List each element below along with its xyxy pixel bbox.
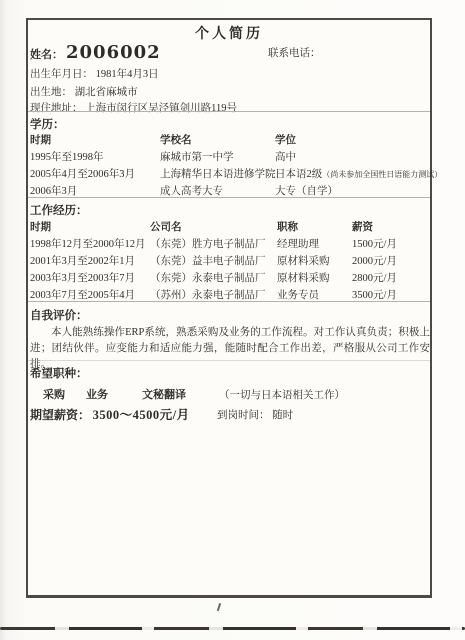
- scan-page-edge-line: [0, 627, 465, 630]
- work-salary: 3500元/月: [352, 287, 428, 302]
- work-title: 原材料采购: [277, 270, 352, 285]
- work-heading: 工作经历：: [30, 202, 88, 218]
- work-company: （苏州）永泰电子制品厂: [150, 287, 277, 302]
- education-row: 1995年至1998年 麻城市第一中学 高中: [30, 149, 428, 164]
- work-salary: 2000元/月: [352, 253, 428, 268]
- work-col-salary: 薪资: [352, 219, 428, 234]
- scan-artifact-mark: [217, 603, 221, 611]
- education-school: 上海精华日本语进修学院: [160, 166, 275, 181]
- degree-note: （尚未参加全国性日语能力测试）: [322, 170, 442, 179]
- work-period: 2001年3月至2002年1月: [30, 253, 150, 268]
- education-school: 麻城市第一中学: [160, 149, 275, 164]
- work-salary: 1500元/月: [352, 236, 428, 251]
- work-period: 1998年12月至2000年12月: [30, 236, 150, 251]
- work-title: 原材料采购: [277, 253, 352, 268]
- start-time-label: 到岗时间：: [217, 410, 270, 421]
- birthdate-label: 出生年月日：: [30, 69, 93, 80]
- education-degree: 高中: [275, 149, 428, 164]
- education-period: 2006年3月: [30, 183, 160, 198]
- work-col-company: 公司名: [150, 219, 277, 234]
- phone-label: 联系电话：: [268, 45, 321, 60]
- expected-salary-value: 3500～4500元/月: [93, 408, 190, 422]
- page-title: 个人简历: [28, 23, 430, 43]
- start-time-value: 随时: [272, 410, 293, 421]
- work-title: 经理助理: [277, 236, 352, 251]
- birthplace-value: 湖北省麻城市: [75, 87, 138, 98]
- work-row: 1998年12月至2000年12月 （东莞）胜方电子制品厂 经理助理 1500元…: [30, 236, 428, 251]
- self-evaluation-text: 本人能熟练操作ERP系统，熟悉采购及业务的工作流程。对工作认真负责；积极上进；团…: [30, 325, 430, 373]
- section-divider: [28, 197, 430, 198]
- work-row: 2003年3月至2003年7月 （东莞）永泰电子制品厂 原材料采购 2800元/…: [30, 270, 428, 285]
- desired-job-options-row: 采购 业务 文秘翻译 （一切与日本语相关工作）: [30, 386, 428, 402]
- work-row: 2003年7月至2005年4月 （苏州）永泰电子制品厂 业务专员 3500元/月: [30, 287, 428, 302]
- education-period: 1995年至1998年: [30, 149, 160, 164]
- education-row: 2005年4月至2006年3月 上海精华日本语进修学院 日本语2级（尚未参加全国…: [30, 166, 428, 181]
- address-value: 上海市闵行区吴泾镇剑川路119号: [85, 103, 237, 114]
- desired-job-heading: 希望职种：: [30, 365, 88, 381]
- birthdate-row: 出生年月日： 1981年4月3日: [30, 66, 428, 81]
- education-col-degree: 学位: [275, 132, 428, 147]
- section-divider: [28, 111, 430, 112]
- name-value: 2006002: [66, 42, 161, 63]
- birthplace-row: 出生地： 湖北省麻城市: [30, 84, 428, 99]
- education-header-row: 时期 学校名 学位: [30, 132, 428, 147]
- desired-job-option: 采购: [43, 386, 65, 402]
- education-col-period: 时期: [30, 132, 160, 147]
- desired-job-option: 文秘翻译: [142, 386, 186, 402]
- work-period: 2003年7月至2005年4月: [30, 287, 150, 302]
- work-title: 业务专员: [277, 287, 352, 302]
- section-divider: [28, 301, 430, 302]
- work-header-row: 时期 公司名 职称 薪资: [30, 219, 428, 234]
- desired-job-option: 业务: [86, 386, 108, 402]
- work-salary: 2800元/月: [352, 270, 428, 285]
- desired-job-note: （一切与日本语相关工作）: [219, 387, 345, 402]
- self-evaluation-heading: 自我评价：: [30, 307, 88, 323]
- address-label: 现住地址：: [30, 103, 83, 114]
- start-time-group: 到岗时间： 随时: [217, 407, 293, 422]
- birthplace-label: 出生地：: [30, 87, 72, 98]
- section-divider: [28, 360, 430, 361]
- address-row: 现住地址： 上海市闵行区吴泾镇剑川路119号: [30, 100, 428, 115]
- education-row: 2006年3月 成人高考大专 大专（自学）: [30, 183, 428, 198]
- work-company: （东莞）益丰电子制品厂: [150, 253, 277, 268]
- scanned-resume-page: 个人简历 姓名： 2006002 联系电话： 出生年月日： 1981年4月3日 …: [0, 0, 465, 640]
- birthdate-value: 1981年4月3日: [96, 69, 159, 80]
- education-heading: 学历：: [30, 116, 65, 132]
- work-company: （东莞）胜方电子制品厂: [150, 236, 277, 251]
- work-col-title: 职称: [277, 219, 352, 234]
- education-col-school: 学校名: [160, 132, 275, 147]
- work-period: 2003年3月至2003年7月: [30, 270, 150, 285]
- expected-salary-label: 期望薪资：: [30, 408, 90, 422]
- resume-border-frame: 个人简历 姓名： 2006002 联系电话： 出生年月日： 1981年4月3日 …: [26, 18, 432, 598]
- education-period: 2005年4月至2006年3月: [30, 166, 160, 181]
- work-col-period: 时期: [30, 219, 150, 234]
- education-degree: 日本语2级（尚未参加全国性日语能力测试）: [275, 166, 442, 181]
- name-row: 姓名： 2006002 联系电话：: [30, 42, 428, 63]
- education-degree: 大专（自学）: [275, 183, 428, 198]
- name-label: 姓名：: [30, 46, 63, 62]
- expected-salary-row: 期望薪资： 3500～4500元/月 到岗时间： 随时: [30, 405, 428, 423]
- work-row: 2001年3月至2002年1月 （东莞）益丰电子制品厂 原材料采购 2000元/…: [30, 253, 428, 268]
- education-school: 成人高考大专: [160, 183, 275, 198]
- work-company: （东莞）永泰电子制品厂: [150, 270, 277, 285]
